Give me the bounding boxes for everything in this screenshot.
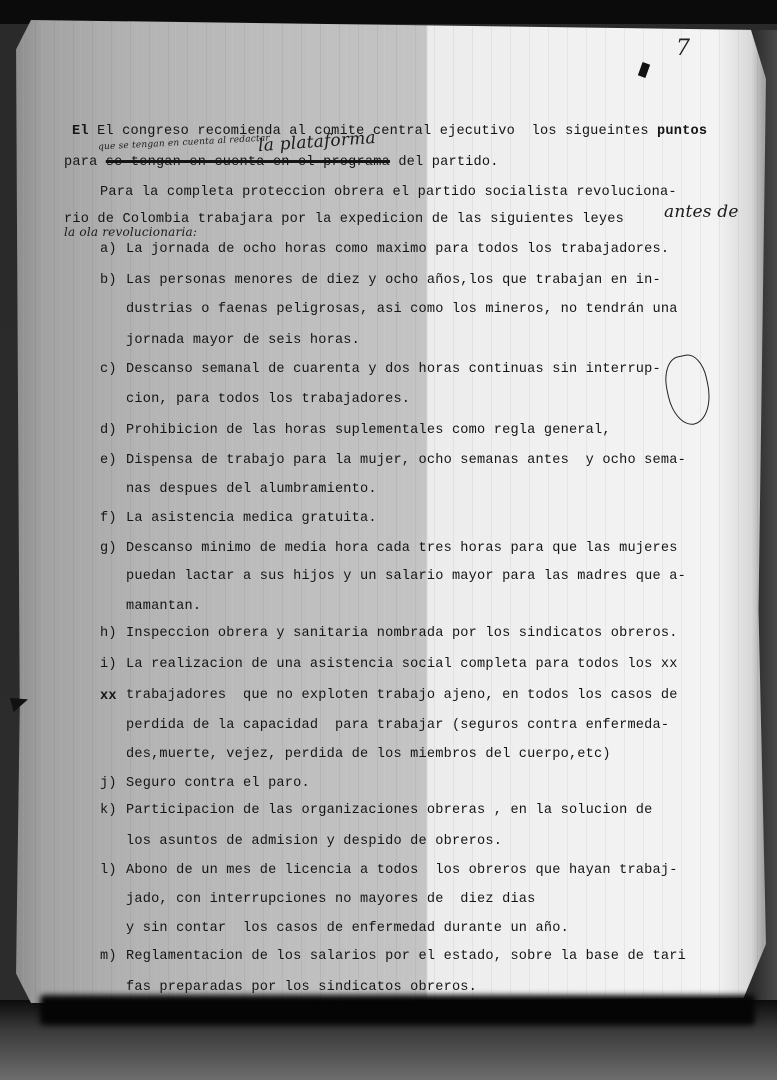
item-text-line: fas preparadas por los sindicatos obrero…: [126, 980, 477, 995]
handwritten-preamble-end: antes de: [664, 202, 739, 222]
intro-line-1: El El congreso recomienda al comite cent…: [72, 124, 707, 139]
item-text-line: Reglamentacion de los salarios por el es…: [126, 949, 686, 964]
item-text-line: perdida de la capacidad para trabajar (s…: [126, 718, 669, 733]
page-number: 7: [676, 36, 690, 61]
item-label: m): [100, 949, 117, 964]
page-tear: [10, 698, 28, 712]
item-text-line: Inspeccion obrera y sanitaria nombrada p…: [126, 626, 678, 641]
item-text-line: jado, con interrupciones no mayores de d…: [126, 892, 536, 907]
item-label: f): [100, 511, 117, 526]
item-text-line: Prohibicion de las horas suplementales c…: [126, 423, 611, 438]
item-text-line: dustrias o faenas peligrosas, asi como l…: [126, 302, 678, 317]
item-label: l): [100, 863, 117, 878]
item-text-line: Participacion de las organizaciones obre…: [126, 803, 653, 818]
item-label: d): [100, 423, 117, 438]
item-label: e): [100, 453, 117, 468]
preamble-line-1: Para la completa proteccion obrera el pa…: [100, 185, 677, 200]
item-label: j): [100, 776, 117, 791]
item-text-line: Las personas menores de diez y ocho años…: [126, 273, 661, 288]
intro-line-2: para se tengan en cuenta en el programa …: [64, 155, 499, 170]
item-text-line: des,muerte, vejez, perdida de los miembr…: [126, 747, 611, 762]
item-text-line: La jornada de ocho horas como maximo par…: [126, 242, 669, 257]
item-label: k): [100, 803, 117, 818]
item-label: b): [100, 273, 117, 288]
item-text-line: los asuntos de admision y despido de obr…: [126, 834, 502, 849]
item-label: g): [100, 541, 117, 556]
item-text-line: cion, para todos los trabajadores.: [126, 392, 410, 407]
item-text-line: Abono de un mes de licencia a todos los …: [126, 863, 678, 878]
item-label: a): [100, 242, 117, 257]
item-text-line: Seguro contra el paro.: [126, 776, 310, 791]
item-label: h): [100, 626, 117, 641]
item-label: c): [100, 362, 117, 377]
handwritten-preamble-line: la ola revolucionaria:: [64, 225, 197, 239]
item-text-line: mamantan.: [126, 599, 201, 614]
intro-word-el: El: [72, 124, 89, 139]
item-text-line: Dispensa de trabajo para la mujer, ocho …: [126, 453, 686, 468]
item-text-line: nas despues del alumbramiento.: [126, 482, 377, 497]
margin-mark: xx: [100, 689, 117, 704]
item-text-line: Descanso minimo de media hora cada tres …: [126, 541, 678, 556]
item-text-line: trabajadores que no exploten trabajo aje…: [126, 688, 678, 703]
ink-blot: [638, 62, 650, 78]
item-text-line: Descanso semanal de cuarenta y dos horas…: [126, 362, 661, 377]
struck-text: se tengan en cuenta en el programa: [106, 155, 390, 170]
item-text-line: puedan lactar a sus hijos y un salario m…: [126, 569, 686, 584]
item-text-line: jornada mayor de seis horas.: [126, 333, 360, 348]
item-label: i): [100, 657, 117, 672]
handwritten-loop-mark: [660, 351, 716, 428]
item-text-line: La realizacion de una asistencia social …: [126, 657, 678, 672]
item-text-line: y sin contar los casos de enfermedad dur…: [126, 921, 569, 936]
item-text-line: La asistencia medica gratuita.: [126, 511, 377, 526]
document-text: 7 El El congreso recomienda al comite ce…: [0, 0, 777, 1080]
